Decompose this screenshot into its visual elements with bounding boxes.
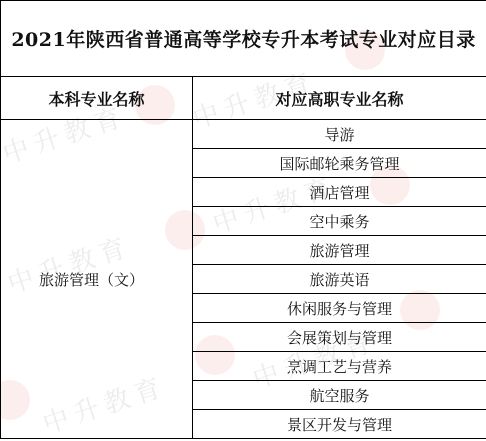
vocational-major-row: 导游 bbox=[193, 120, 486, 149]
vocational-major-row: 旅游英语 bbox=[193, 265, 486, 294]
column-header-vocational: 对应高职专业名称 bbox=[193, 77, 486, 120]
table-title: 2021年陕西省普通高等学校专升本考试专业对应目录 bbox=[1, 1, 486, 77]
major-mapping-table: 2021年陕西省普通高等学校专升本考试专业对应目录 本科专业名称 对应高职专业名… bbox=[0, 0, 486, 439]
vocational-major-row: 旅游管理 bbox=[193, 236, 486, 265]
bachelor-major-cell: 旅游管理（文） bbox=[1, 120, 193, 439]
vocational-major-row: 景区开发与管理 bbox=[193, 410, 486, 439]
vocational-major-row: 休闲服务与管理 bbox=[193, 294, 486, 323]
column-header-bachelor: 本科专业名称 bbox=[1, 77, 193, 120]
vocational-major-row: 会展策划与管理 bbox=[193, 323, 486, 352]
vocational-major-row: 酒店管理 bbox=[193, 178, 486, 207]
vocational-major-row: 烹调工艺与营养 bbox=[193, 352, 486, 381]
vocational-major-row: 空中乘务 bbox=[193, 207, 486, 236]
vocational-major-row: 国际邮轮乘务管理 bbox=[193, 149, 486, 178]
vocational-major-row: 航空服务 bbox=[193, 381, 486, 410]
